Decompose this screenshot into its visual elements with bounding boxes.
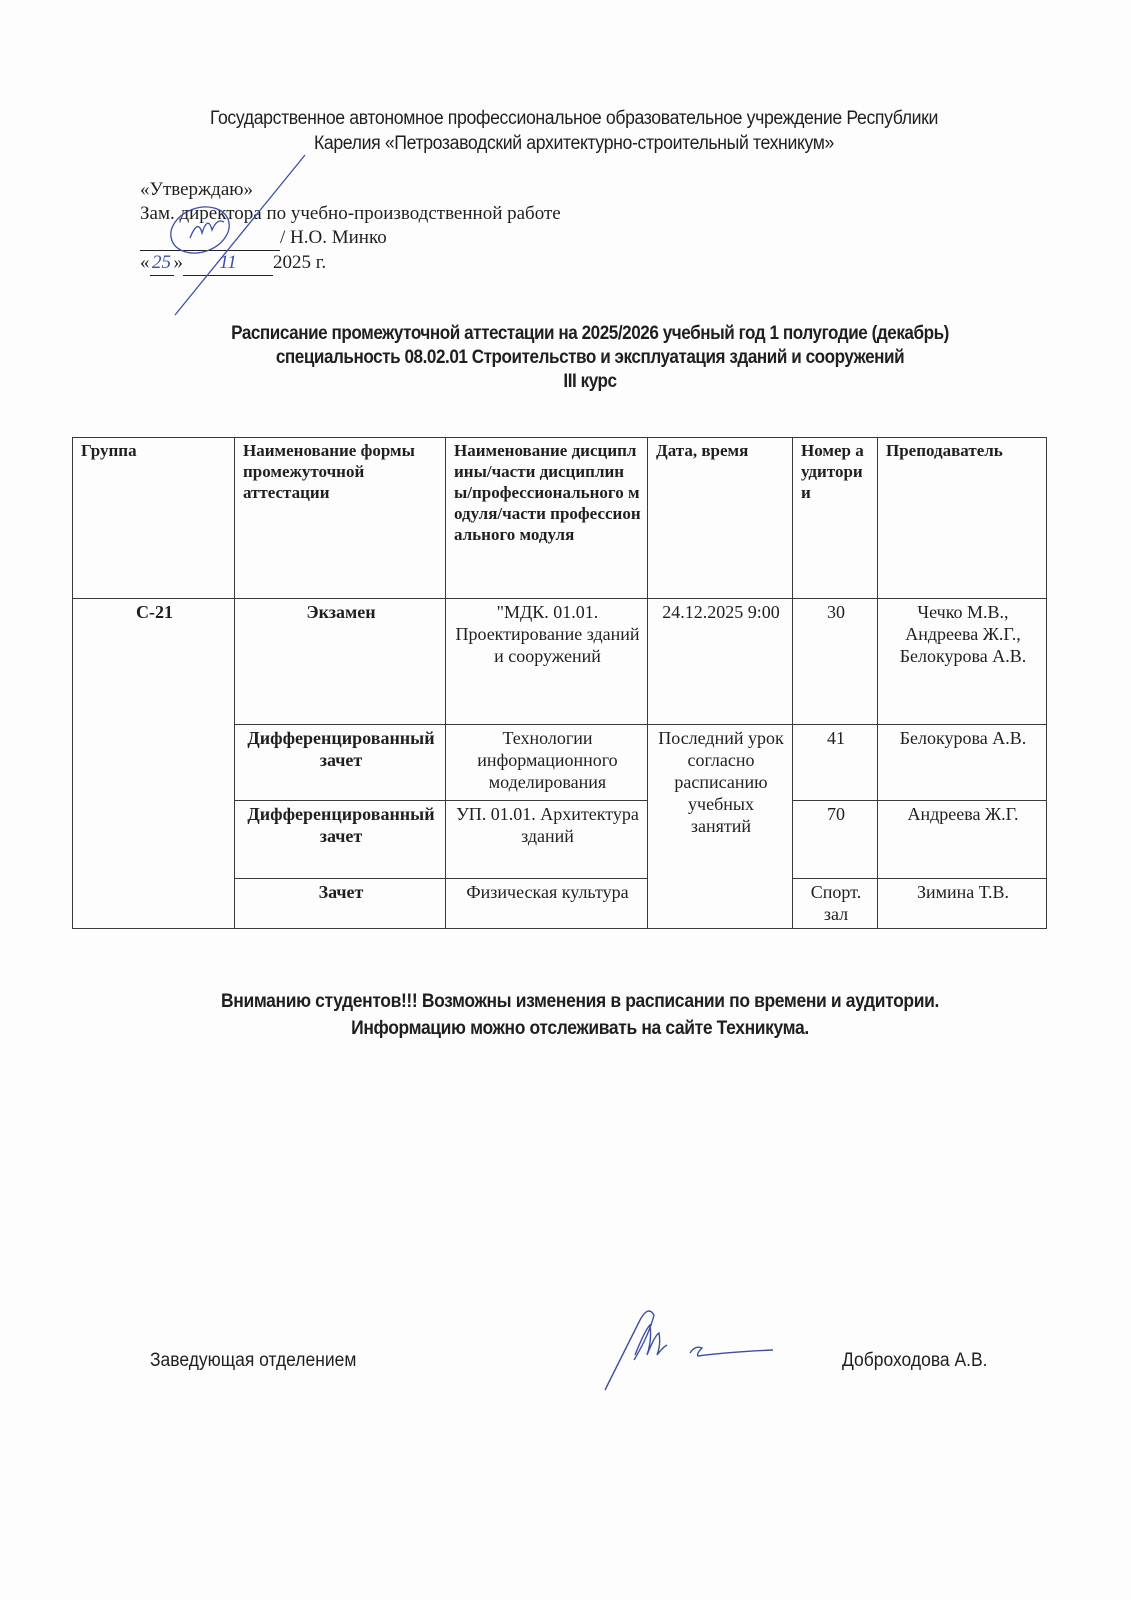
approver-position: Зам. директора по учебно-производственно… [140, 202, 561, 226]
header-form: Наименование формы промежуточной аттеста… [235, 438, 446, 599]
department-head-signature-icon [595, 1305, 795, 1395]
discipline-cell: Физическая культура [446, 879, 648, 929]
organization-line-2: Карелия «Петрозаводский архитектурно-стр… [161, 131, 987, 156]
document-title: Расписание промежуточной аттестации на 2… [194, 322, 986, 394]
organization-header: Государственное автономное профессиональ… [161, 106, 987, 156]
header-room: Номер аудитории [793, 438, 878, 599]
teacher-cell: Андреева Ж.Г. [878, 801, 1047, 879]
header-discipline: Наименование дисциплины/части дисциплины… [446, 438, 648, 599]
room-cell: 41 [793, 725, 878, 801]
form-cell: Экзамен [235, 599, 446, 725]
discipline-cell: УП. 01.01. Архитектура зданий [446, 801, 648, 879]
approval-year: 2025 г. [273, 252, 326, 273]
room-cell: 70 [793, 801, 878, 879]
approver-signature-line: / Н.О. Минко [140, 226, 561, 251]
approval-month: 11 [183, 251, 273, 276]
department-head-name: Доброходова А.В. [842, 1350, 988, 1372]
student-notice: Вниманию студентов!!! Возможны изменения… [175, 988, 985, 1042]
datetime-cell: Последний урок согласно расписанию учебн… [648, 725, 793, 929]
approval-day: 25 [150, 251, 174, 276]
room-cell: 30 [793, 599, 878, 725]
approve-label: «Утверждаю» [140, 178, 561, 202]
notice-line-1: Вниманию студентов!!! Возможны изменения… [175, 988, 985, 1015]
teacher-cell: Белокурова А.В. [878, 725, 1047, 801]
header-datetime: Дата, время [648, 438, 793, 599]
datetime-cell: 24.12.2025 9:00 [648, 599, 793, 725]
approval-date: «25»112025 г. [140, 251, 561, 276]
teacher-cell: Зимина Т.В. [878, 879, 1047, 929]
teacher-cell: Чечко М.В., Андреева Ж.Г., Белокурова А.… [878, 599, 1047, 725]
header-teacher: Преподаватель [878, 438, 1047, 599]
header-group: Группа [73, 438, 235, 599]
form-cell: Дифференцированный зачет [235, 801, 446, 879]
title-line-2: специальность 08.02.01 Строительство и э… [194, 346, 986, 370]
form-cell: Зачет [235, 879, 446, 929]
schedule-table: Группа Наименование формы промежуточной … [72, 437, 1047, 929]
title-line-1: Расписание промежуточной аттестации на 2… [194, 322, 986, 346]
discipline-cell: Технологии информационного моделирования [446, 725, 648, 801]
group-cell: С-21 [73, 599, 235, 929]
discipline-cell: "МДК. 01.01. Проектирование зданий и соо… [446, 599, 648, 725]
notice-line-2: Информацию можно отслеживать на сайте Те… [175, 1015, 985, 1042]
room-cell: Спорт. зал [793, 879, 878, 929]
organization-line-1: Государственное автономное профессиональ… [161, 106, 987, 131]
form-cell: Дифференцированный зачет [235, 725, 446, 801]
table-header-row: Группа Наименование формы промежуточной … [73, 438, 1047, 599]
department-head-role: Заведующая отделением [150, 1350, 356, 1372]
title-line-3: III курс [194, 370, 986, 394]
approval-block: «Утверждаю» Зам. директора по учебно-про… [140, 178, 561, 276]
approver-name: / Н.О. Минко [280, 227, 387, 248]
table-row: С-21 Экзамен "МДК. 01.01. Проектирование… [73, 599, 1047, 725]
